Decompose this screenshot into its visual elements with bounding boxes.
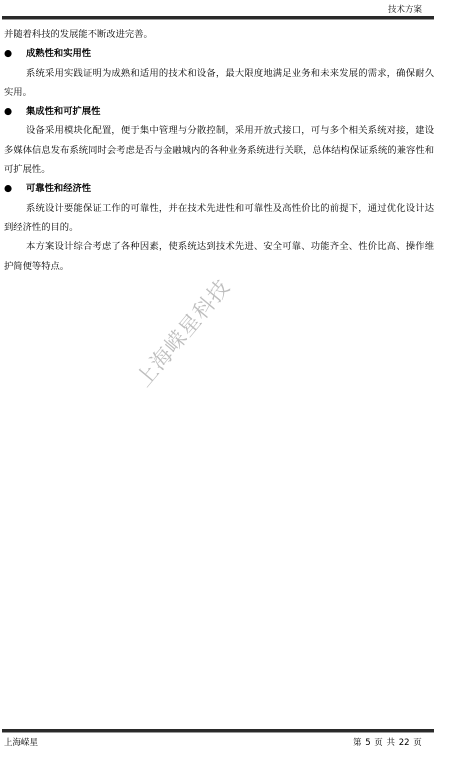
header-title: 技术方案 [388,3,422,15]
bullet-icon: ● [4,44,26,63]
footer-company: 上海嵘星 [4,736,38,748]
watermark: 上海嵘星科技 [129,272,237,392]
bullet-icon: ● [4,179,26,198]
footer-rule [2,729,434,732]
section-heading-reliability: ● 可靠性和经济性 [4,179,434,198]
heading-text: 成熟性和实用性 [26,44,91,63]
paragraph-reliability: 系统设计要能保证工作的可靠性，并在技术先进性和可靠性及高性价比的前提下，通过优化… [4,199,434,238]
heading-text: 集成性和可扩展性 [26,102,100,121]
paragraph-maturity: 系统采用实践证明为成熟和适用的技术和设备，最大限度地满足业务和未来发展的需求，确… [4,64,434,103]
heading-text: 可靠性和经济性 [26,179,91,198]
header-rule [2,16,434,19]
document-body: 并随着科技的发展能不断改进完善。 ● 成熟性和实用性 系统采用实践证明为成熟和适… [4,25,434,276]
section-heading-maturity: ● 成熟性和实用性 [4,44,434,63]
bullet-icon: ● [4,102,26,121]
paragraph-summary: 本方案设计综合考虑了各种因素，使系统达到技术先进、安全可靠、功能齐全、性价比高、… [4,237,434,276]
footer-page-number: 第 5 页 共 22 页 [353,736,422,748]
section-heading-integration: ● 集成性和可扩展性 [4,102,434,121]
paragraph-continuation: 并随着科技的发展能不断改进完善。 [4,25,434,44]
paragraph-integration: 设备采用模块化配置，便于集中管理与分散控制，采用开放式接口，可与多个相关系统对接… [4,121,434,179]
